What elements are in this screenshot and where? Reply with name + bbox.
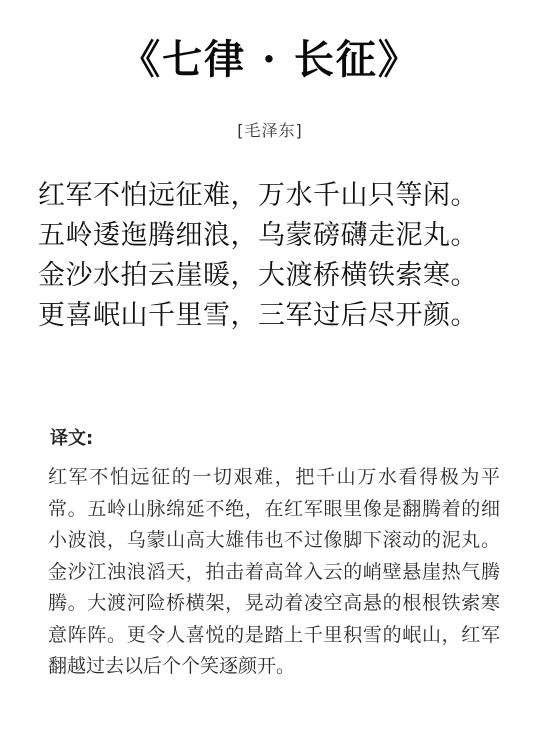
poem-title: 《七律 · 长征》 xyxy=(0,28,540,85)
poem-line: 更喜岷山千里雪，三军过后尽开颜。 xyxy=(38,296,518,336)
translation-text: 红军不怕远征的一切艰难，把千山万水看得极为平常。五岭山脉绵延不绝，在红军眼里像是… xyxy=(48,462,500,683)
poem-line: 金沙水拍云崖暖，大渡桥横铁索寒。 xyxy=(38,256,518,296)
poem-line: 五岭逶迤腾细浪，乌蒙磅礴走泥丸。 xyxy=(38,216,518,256)
poem-author: [毛泽东] xyxy=(0,118,540,141)
poem-line: 红军不怕远征难，万水千山只等闲。 xyxy=(38,176,518,216)
translation-label: 译文: xyxy=(50,424,93,450)
poem-body: 红军不怕远征难，万水千山只等闲。 五岭逶迤腾细浪，乌蒙磅礴走泥丸。 金沙水拍云崖… xyxy=(38,176,518,336)
